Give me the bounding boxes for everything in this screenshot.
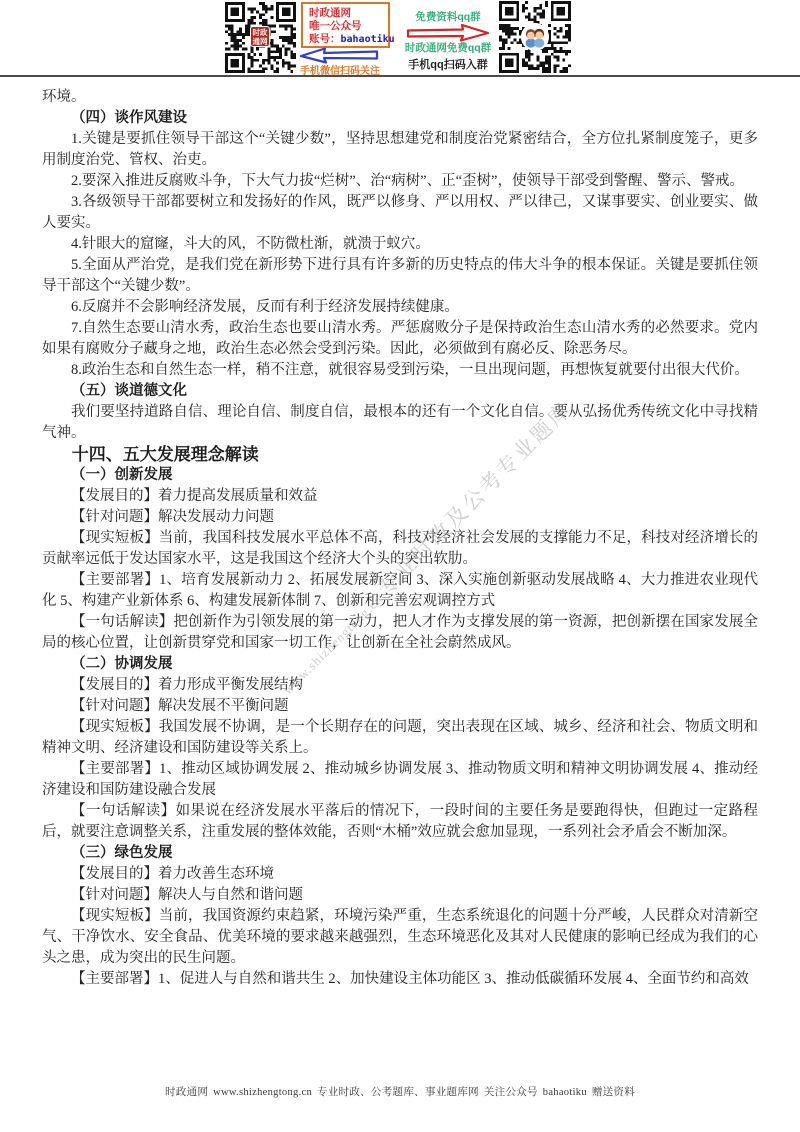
page-header: 时政 通网 时政通网 唯一公众号 账号：bahaotiku 手机微信扫码关注 免… <box>0 0 800 78</box>
shizhengtong-seal-logo: 时政 通网 <box>250 26 270 47</box>
paragraph: 1.关键是要抓住领导干部这个“关键少数”，坚持思想建党和制度治党紧密结合，全方位… <box>42 129 758 171</box>
qq-group-label: 免费资料qq群 <box>402 9 494 24</box>
paragraph: 【现实短板】我国发展不协调，是一个长期存在的问题，突出表现在区域、城乡、经济和社… <box>42 717 758 759</box>
section-heading: 十四、五大发展理念解读 <box>42 444 758 465</box>
paragraph: 2.要深入推进反腐败斗争，下大气力拔“烂树”、治“病树”、正“歪树”，使领导干部… <box>42 171 758 192</box>
paragraph: 【现实短板】当前，我国资源约束趋紧，环境污染严重，生态系统退化的问题十分严峻，人… <box>42 906 758 969</box>
document-body: 环境。（四）谈作风建设1.关键是要抓住领导干部这个“关键少数”，坚持思想建党和制… <box>42 87 758 990</box>
paragraph: 【一句话解读】如果说在经济发展水平落后的情况下，一段时间的主要任务是要跑得快，但… <box>42 801 758 843</box>
subsection-heading: （五）谈道德文化 <box>42 381 758 402</box>
account-box-line: 唯一公众号 <box>309 20 388 33</box>
paragraph: 4.针眼大的窟窿，斗大的风，不防微杜渐，就溃于蚁穴。 <box>42 234 758 255</box>
paragraph: 7.自然生态要山清水秀，政治生态也要山清水秀。严惩腐败分子是保持政治生态山清水秀… <box>42 318 758 360</box>
paragraph: 【发展目的】着力形成平衡发展结构 <box>42 675 758 696</box>
seal-line: 时政 <box>251 28 269 37</box>
paragraph: 8.政治生态和自然生态一样，稍不注意，就很容易受到污染，一旦出现问题，再想恢复就… <box>42 360 758 381</box>
qq-avatar <box>521 23 549 51</box>
subsection-heading: （二）协调发展 <box>42 654 758 675</box>
paragraph: 【针对问题】解决人与自然和谐问题 <box>42 885 758 906</box>
paragraph: 6.反腐并不会影响经济发展，反而有利于经济发展持续健康。 <box>42 297 758 318</box>
account-box: 时政通网 唯一公众号 账号：bahaotiku <box>301 2 390 48</box>
paragraph: 3.各级领导干部都要树立和发扬好的作风，既严以修身、严以用权、严以律己，又谋事要… <box>42 192 758 234</box>
qq-group-name: 时政通网免费qq群 <box>402 40 494 55</box>
subsection-heading: （一）创新发展 <box>42 465 758 486</box>
paragraph: 【主要部署】1、推动区域协调发展 2、推动城乡协调发展 3、推动物质文明和精神文… <box>42 759 758 801</box>
qq-scan-caption: 手机qq扫码入群 <box>402 56 494 72</box>
page-footer: 时政通网 www.shizhengtong.cn 专业时政、公考题库、事业题库网… <box>0 1084 800 1099</box>
paragraph: 【针对问题】解决发展不平衡问题 <box>42 696 758 717</box>
subsection-heading: （三）绿色发展 <box>42 843 758 864</box>
paragraph: 【主要部署】1、培育发展新动力 2、拓展发展新空间 3、深入实施创新驱动发展战略… <box>42 570 758 612</box>
seal-line: 通网 <box>251 37 269 46</box>
paragraph: 我们要坚持道路自信、理论自信、制度自信，最根本的还有一个文化自信。要从弘扬优秀传… <box>42 402 758 444</box>
paragraph: 【一句话解读】把创新作为引领发展的第一动力，把人才作为支撑发展的第一资源，把创新… <box>42 612 758 654</box>
document-page: 时政 通网 时政通网 唯一公众号 账号：bahaotiku 手机微信扫码关注 免… <box>0 0 800 1132</box>
qq-qr-code <box>499 1 571 73</box>
paragraph: 5.全面从严治党，是我们党在新形势下进行具有许多新的历史特点的伟大斗争的根本保证… <box>42 255 758 297</box>
header-divider <box>0 75 800 77</box>
wechat-qr-code: 时政 通网 <box>225 2 296 73</box>
account-label: 账号： <box>309 33 341 45</box>
account-box-line: 时政通网 <box>309 7 388 20</box>
paragraph: 环境。 <box>42 87 758 108</box>
account-box-line: 账号：bahaotiku <box>309 33 388 46</box>
account-value: bahaotiku <box>341 34 395 45</box>
paragraph: 【发展目的】着力提高发展质量和效益 <box>42 486 758 507</box>
paragraph: 【现实短板】当前，我国科技发展水平总体不高，科技对经济社会发展的支撑能力不足，科… <box>42 528 758 570</box>
paragraph: 【主要部署】1、促进人与自然和谐共生 2、加快建设主体功能区 3、推动低碳循环发… <box>42 969 758 990</box>
paragraph: 【针对问题】解决发展动力问题 <box>42 507 758 528</box>
subsection-heading: （四）谈作风建设 <box>42 108 758 129</box>
paragraph: 【发展目的】着力改善生态环境 <box>42 864 758 885</box>
